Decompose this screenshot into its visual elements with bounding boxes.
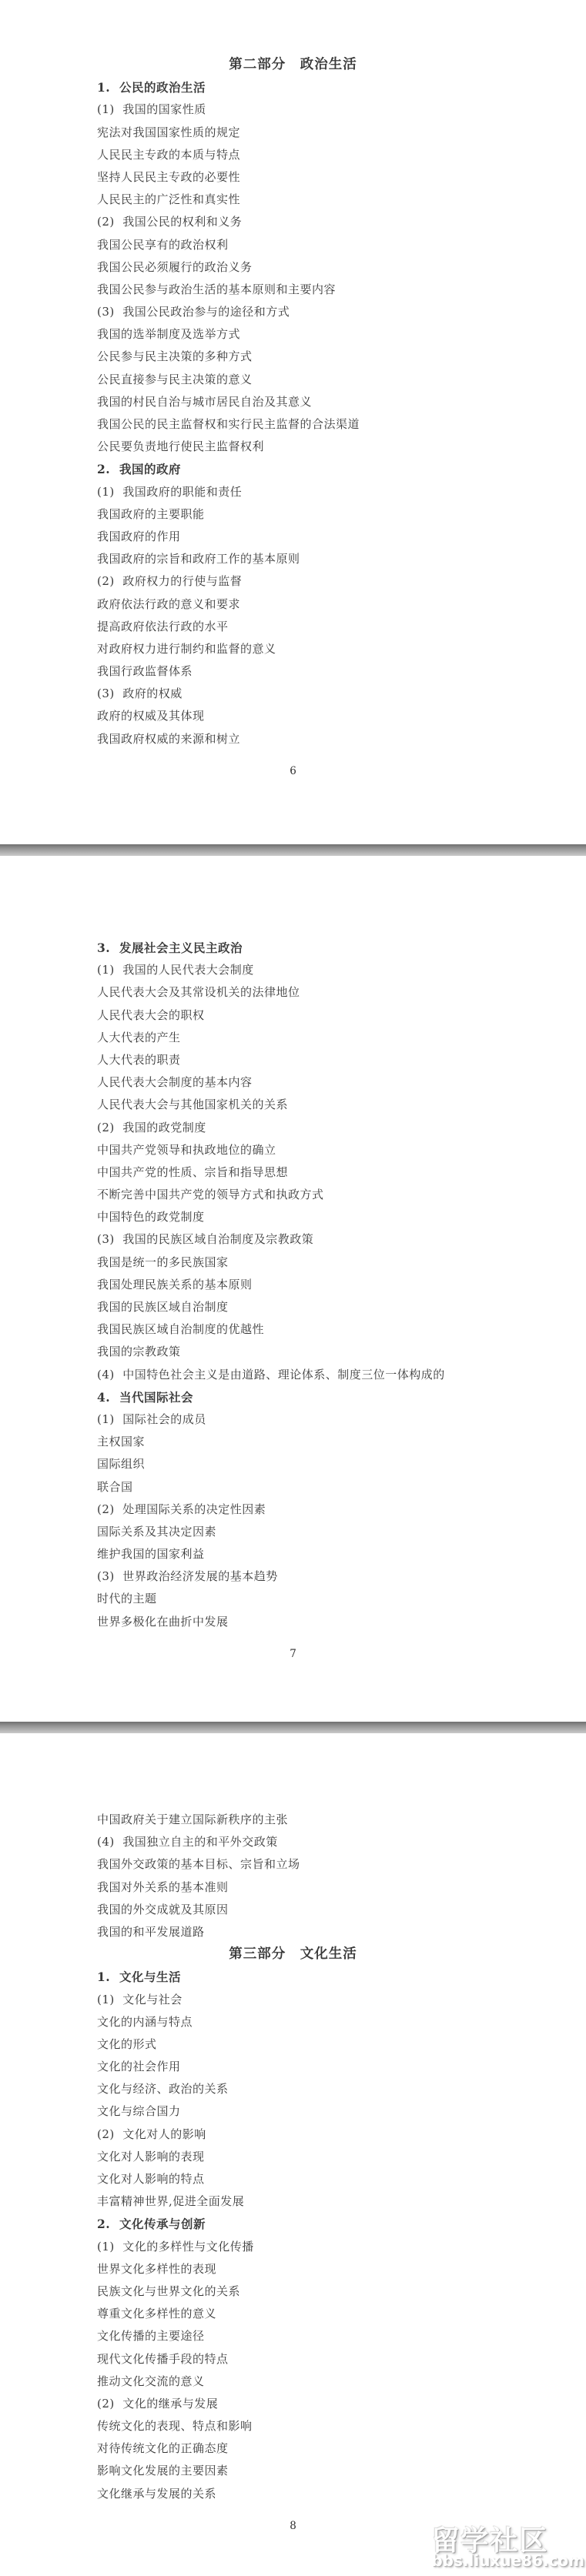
line-item: 我国公民享有的政治权利 — [0, 234, 586, 256]
line-item: 维护我国的国家利益 — [0, 1543, 586, 1565]
line-item: 我国的外交成就及其原因 — [0, 1899, 586, 1921]
line-item: 我国公民参与政治生活的基本原则和主要内容 — [0, 279, 586, 301]
line-section: 1. 公民的政治生活 — [0, 76, 586, 99]
line-item: 国际关系及其决定因素 — [0, 1521, 586, 1543]
line-sub: (2) 我国的政党制度 — [0, 1117, 586, 1139]
line-item: 我国的村民自治与城市居民自治及其意义 — [0, 391, 586, 413]
line-sub: (3) 世界政治经济发展的基本趋势 — [0, 1565, 586, 1588]
line-sub: (1) 文化与社会 — [0, 1989, 586, 2011]
line-item: 我国的选举制度及选举方式 — [0, 323, 586, 346]
page-number: 7 — [0, 1643, 586, 1666]
line-item: 我国的民族区域自治制度 — [0, 1296, 586, 1318]
line-item: 世界文化多样性的表现 — [0, 2258, 586, 2280]
line-item: 文化的内涵与特点 — [0, 2011, 586, 2033]
page-7-lines: 3. 发展社会主义民主政治(1) 我国的人民代表大会制度人民代表大会及其常设机关… — [0, 937, 586, 1633]
page-separator — [0, 1722, 586, 1733]
line-item: 我国政府权威的来源和树立 — [0, 728, 586, 750]
line-sub: (3) 我国公民政治参与的途径和方式 — [0, 301, 586, 323]
line-item: 联合国 — [0, 1476, 586, 1498]
line-section: 2. 我国的政府 — [0, 458, 586, 480]
line-item: 国际组织 — [0, 1453, 586, 1475]
line-part: 第二部分 政治生活 — [0, 54, 586, 76]
line-item: 尊重文化多样性的意义 — [0, 2303, 586, 2325]
line-item: 我国的和平发展道路 — [0, 1921, 586, 1943]
line-item: 影响文化发展的主要因素 — [0, 2460, 586, 2482]
line-item: 我国是统一的多民族国家 — [0, 1251, 586, 1274]
line-sub: (3) 我国的民族区域自治制度及宗教政策 — [0, 1228, 586, 1251]
line-item: 现代文化传播手段的特点 — [0, 2348, 586, 2371]
line-sub: (2) 文化对人的影响 — [0, 2123, 586, 2146]
line-section: 3. 发展社会主义民主政治 — [0, 937, 586, 959]
document-viewer: 第二部分 政治生活1. 公民的政治生活(1) 我国的国家性质宪法对我国国家性质的… — [0, 0, 586, 2575]
line-item: 我国政府的宗旨和政府工作的基本原则 — [0, 548, 586, 570]
line-item: 我国行政监督体系 — [0, 660, 586, 683]
line-item: 坚持人民民主专政的必要性 — [0, 166, 586, 189]
page-number: 6 — [0, 760, 586, 783]
line-item: 我国对外关系的基本准则 — [0, 1876, 586, 1899]
line-item: 人大代表的职责 — [0, 1049, 586, 1071]
line-item: 丰富精神世界,促进全面发展 — [0, 2190, 586, 2213]
line-item: 我国的宗教政策 — [0, 1341, 586, 1363]
line-item: 人大代表的产生 — [0, 1027, 586, 1049]
line-item: 提高政府依法行政的水平 — [0, 616, 586, 638]
line-item: 文化的社会作用 — [0, 2056, 586, 2078]
line-sub: (3) 政府的权威 — [0, 683, 586, 705]
line-sub: (1) 我国政府的职能和责任 — [0, 481, 586, 503]
line-item: 人民代表大会与其他国家机关的关系 — [0, 1094, 586, 1116]
line-sub: (1) 文化的多样性与文化传播 — [0, 2236, 586, 2258]
line-sub: (2) 政府权力的行使与监督 — [0, 570, 586, 593]
line-item: 文化与经济、政治的关系 — [0, 2078, 586, 2100]
line-item: 民族文化与世界文化的关系 — [0, 2280, 586, 2303]
line-section: 2. 文化传承与创新 — [0, 2213, 586, 2235]
line-sub: (2) 我国公民的权利和义务 — [0, 211, 586, 233]
line-item: 我国政府的主要职能 — [0, 503, 586, 526]
line-item: 中国共产党的性质、宗旨和指导思想 — [0, 1161, 586, 1184]
page-8: 中国政府关于建立国际新秩序的主张(4) 我国独立自主的和平外交政策我国外交政策的… — [0, 1733, 586, 2575]
line-item: 传统文化的表现、特点和影响 — [0, 2415, 586, 2437]
line-section: 4. 当代国际社会 — [0, 1386, 586, 1408]
page-number: 8 — [0, 2515, 586, 2538]
line-item: 中国政府关于建立国际新秩序的主张 — [0, 1809, 586, 1831]
line-item: 对待传统文化的正确态度 — [0, 2437, 586, 2460]
line-item: 文化与综合国力 — [0, 2100, 586, 2123]
line-item: 文化传播的主要途径 — [0, 2325, 586, 2347]
line-item: 人民代表大会制度的基本内容 — [0, 1071, 586, 1094]
line-sub: (1) 我国的人民代表大会制度 — [0, 959, 586, 981]
line-sub: (1) 国际社会的成员 — [0, 1408, 586, 1431]
line-item: 对政府权力进行制约和监督的意义 — [0, 638, 586, 660]
page-6: 第二部分 政治生活1. 公民的政治生活(1) 我国的国家性质宪法对我国国家性质的… — [0, 0, 586, 844]
line-item: 文化对人影响的表现 — [0, 2146, 586, 2168]
page-separator — [0, 844, 586, 856]
line-item: 推动文化交流的意义 — [0, 2371, 586, 2393]
line-item: 公民要负责地行使民主监督权利 — [0, 436, 586, 458]
line-sub: (1) 我国的国家性质 — [0, 99, 586, 121]
line-sub: (2) 处理国际关系的决定性因素 — [0, 1498, 586, 1521]
line-part: 第三部分 文化生活 — [0, 1943, 586, 1966]
line-item: 主权国家 — [0, 1431, 586, 1453]
line-item: 人民代表大会的职权 — [0, 1004, 586, 1027]
watermark-url: bbs.liuxue86.com — [431, 2552, 584, 2569]
line-item: 我国民族区域自治制度的优越性 — [0, 1318, 586, 1341]
page-8-lines: 中国政府关于建立国际新秩序的主张(4) 我国独立自主的和平外交政策我国外交政策的… — [0, 1809, 586, 2505]
line-item: 中国特色的政党制度 — [0, 1206, 586, 1228]
line-item: 我国处理民族关系的基本原则 — [0, 1274, 586, 1296]
line-item: 世界多极化在曲折中发展 — [0, 1611, 586, 1633]
line-item: 文化继承与发展的关系 — [0, 2483, 586, 2505]
line-item: 我国外交政策的基本目标、宗旨和立场 — [0, 1853, 586, 1876]
line-item: 公民直接参与民主决策的意义 — [0, 369, 586, 391]
page-6-lines: 第二部分 政治生活1. 公民的政治生活(1) 我国的国家性质宪法对我国国家性质的… — [0, 54, 586, 750]
line-sub: (4) 中国特色社会主义是由道路、理论体系、制度三位一体构成的 — [0, 1364, 586, 1386]
line-item: 文化对人影响的特点 — [0, 2168, 586, 2190]
line-item: 人民民主专政的本质与特点 — [0, 144, 586, 166]
line-item: 政府依法行政的意义和要求 — [0, 593, 586, 616]
line-item: 我国政府的作用 — [0, 526, 586, 548]
line-item: 文化的形式 — [0, 2033, 586, 2056]
line-section: 1. 文化与生活 — [0, 1966, 586, 1988]
line-item: 人民民主的广泛性和真实性 — [0, 189, 586, 211]
line-item: 时代的主题 — [0, 1588, 586, 1610]
line-item: 我国公民的民主监督权和实行民主监督的合法渠道 — [0, 413, 586, 436]
line-item: 宪法对我国国家性质的规定 — [0, 122, 586, 144]
line-item: 政府的权威及其体现 — [0, 705, 586, 727]
line-item: 公民参与民主决策的多种方式 — [0, 346, 586, 368]
line-sub: (2) 文化的继承与发展 — [0, 2393, 586, 2415]
line-item: 我国公民必须履行的政治义务 — [0, 256, 586, 279]
line-sub: (4) 我国独立自主的和平外交政策 — [0, 1831, 586, 1853]
line-item: 人民代表大会及其常设机关的法律地位 — [0, 981, 586, 1004]
page-7: 3. 发展社会主义民主政治(1) 我国的人民代表大会制度人民代表大会及其常设机关… — [0, 856, 586, 1722]
line-item: 中国共产党领导和执政地位的确立 — [0, 1139, 586, 1161]
line-item: 不断完善中国共产党的领导方式和执政方式 — [0, 1184, 586, 1206]
